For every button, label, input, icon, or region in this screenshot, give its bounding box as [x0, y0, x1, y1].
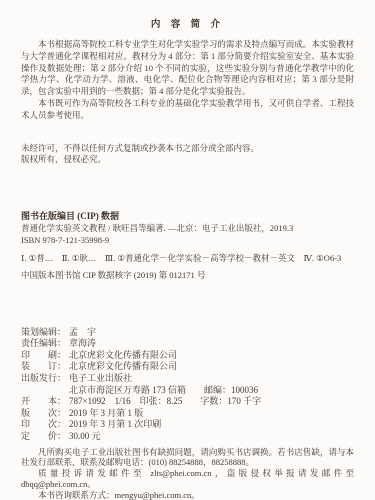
cip-classification: Ⅰ. ①普… Ⅱ. ①耿… Ⅲ. ①普通化学－化学实验－高等学校－教材－英文 Ⅳ…	[21, 252, 354, 264]
pub-row-printer: 印 刷： 北京虎彩文化传播有限公司	[21, 350, 354, 362]
cip-header: 图书在版编目 (CIP) 数据	[21, 210, 354, 222]
pub-row-edition: 版 次： 2019 年 3 月第 1 版	[21, 408, 354, 420]
pub-label: 定 价：	[21, 431, 69, 443]
pub-label: 版 次：	[21, 408, 69, 420]
purchase-service-notice: 凡所购买电子工业出版社图书有缺损问题，请向购买书店调换。若书店售缺，请与本社发行…	[21, 447, 354, 500]
pub-value: 2019 年 3 月第 1 次印刷	[69, 419, 354, 431]
permission-line-1: 未经许可，不得以任何方式复制或抄袭本书之部分或全部内容。	[21, 143, 354, 155]
pub-row-impression: 印 次： 2019 年 3 月第 1 次印刷	[21, 419, 354, 431]
pub-row-planning-editor: 策划编辑： 孟 宇	[21, 327, 354, 339]
pub-label: 策划编辑：	[21, 327, 69, 339]
pub-label: 出版发行：	[21, 373, 69, 385]
pub-label: 责任编辑：	[21, 338, 69, 350]
permission-line-2: 版权所有，侵权必究。	[21, 154, 354, 166]
content-summary-section: 本书根据高等院校工科专业学生对化学实验学习的需求及特点编写而成。本实验教材与大学…	[21, 39, 354, 122]
pub-value: 孟 宇	[69, 327, 354, 339]
pub-label: 装 订：	[21, 361, 69, 373]
cip-isbn: ISBN 978-7-121-35998-9	[21, 234, 354, 246]
pub-label: 印 次：	[21, 419, 69, 431]
notice-complaint-line: 质量投诉请发邮件至 zlts@phei.com.cn，盗版侵权举报请发邮件至 d…	[21, 468, 354, 490]
pub-value: 30.00 元	[69, 431, 354, 443]
copyright-permission-notice: 未经许可，不得以任何方式复制或抄袭本书之部分或全部内容。 版权所有，侵权必究。	[21, 143, 354, 166]
pub-value: 北京市海淀区万寿路 173 信箱 邮编：100036	[69, 385, 354, 397]
pub-label: 印 刷：	[21, 350, 69, 362]
pub-row-binder: 装 订： 北京虎彩文化传播有限公司	[21, 361, 354, 373]
pub-value: 章海涛	[69, 338, 354, 350]
pub-row-publisher: 出版发行： 电子工业出版社	[21, 373, 354, 385]
publication-info-section: 策划编辑： 孟 宇 责任编辑： 章海涛 印 刷： 北京虎彩文化传播有限公司 装 …	[21, 327, 354, 443]
pub-value: 北京虎彩文化传播有限公司	[69, 361, 354, 373]
notice-exchange-line: 凡所购买电子工业出版社图书有缺损问题，请向购买书店调换。若书店售缺，请与本社发行…	[21, 447, 354, 469]
summary-paragraph-2: 本书既可作为高等院校各工科专业的基础化学实验教学用书，又可供自学者、工程技术人员…	[21, 98, 354, 122]
pub-row-publisher-address: 北京市海淀区万寿路 173 信箱 邮编：100036	[21, 385, 354, 397]
pub-value: 北京虎彩文化传播有限公司	[69, 350, 354, 362]
pub-row-format: 开 本： 787×1092 1/16 印张：8.25 字数：170 千字	[21, 396, 354, 408]
book-copyright-page: 内 容 简 介 本书根据高等院校工科专业学生对化学实验学习的需求及特点编写而成。…	[0, 0, 375, 500]
pub-value: 2019 年 3 月第 1 版	[69, 408, 354, 420]
notice-contact-line: 本书咨询联系方式：mengyu@phei.com.cn。	[21, 490, 354, 500]
cip-data-section: 图书在版编目 (CIP) 数据 普通化学实验英文教程 / 耿旺昌等编著. —北京…	[21, 210, 354, 281]
pub-value: 787×1092 1/16 印张：8.25 字数：170 千字	[69, 396, 354, 408]
pub-label: 开 本：	[21, 396, 69, 408]
summary-paragraph-1: 本书根据高等院校工科专业学生对化学实验学习的需求及特点编写而成。本实验教材与大学…	[21, 39, 354, 98]
content-summary-title: 内 容 简 介	[21, 16, 354, 30]
pub-row-price: 定 价： 30.00 元	[21, 431, 354, 443]
pub-label	[21, 385, 69, 397]
cip-book-title-line: 普通化学实验英文教程 / 耿旺昌等编著. —北京：电子工业出版社，2019.3	[21, 222, 354, 234]
pub-row-responsible-editor: 责任编辑： 章海涛	[21, 338, 354, 350]
pub-value: 电子工业出版社	[69, 373, 354, 385]
cip-record-number: 中国版本图书馆 CIP 数据核字 (2019) 第 012171 号	[21, 269, 354, 281]
